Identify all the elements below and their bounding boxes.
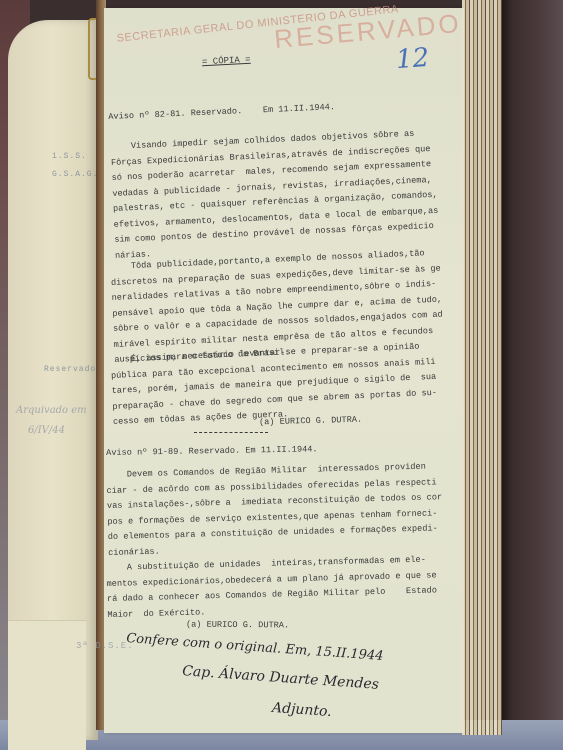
- aviso-1-signature: (a) EURICO G. DUTRA.: [259, 415, 362, 428]
- left-page-lower-sheet: [8, 620, 86, 750]
- aviso-2-signature: (a) EURICO G. DUTRA.: [186, 620, 289, 631]
- left-typed-note-2: G.S.A.G.: [52, 170, 98, 179]
- certification-line-1: Confere com o original. Em, 15.II.1944: [126, 631, 384, 664]
- separator-line: [194, 432, 268, 433]
- left-typed-note-1: 1.S.S.: [52, 152, 87, 161]
- certification-line-2: Cap. Álvaro Duarte Mendes: [182, 663, 380, 693]
- copy-title: = CÓPIA =: [202, 55, 251, 68]
- page-stack-edges: [462, 0, 502, 735]
- copy-title-text: = CÓPIA =: [202, 55, 251, 68]
- aviso-1-paragraph-1: Visando impedir sejam colhidos dados obj…: [110, 125, 455, 264]
- page-number: 12: [395, 43, 430, 75]
- background-table-right: [500, 0, 563, 750]
- aviso-2-heading: Aviso nº 91-89. Reservado. Em 11.II.1944…: [106, 440, 446, 461]
- left-handwritten-note-1: Arquivado em: [16, 405, 87, 416]
- certification-line-3: Adjunto.: [272, 700, 333, 720]
- left-faint-note: Reservado: [44, 365, 96, 374]
- aviso-2-paragraph-2: A substituição de unidades inteiras,tran…: [106, 552, 448, 623]
- aviso-2-paragraph-1: Devem os Comandos de Região Militar inte…: [106, 459, 448, 561]
- left-page: 1.S.S. G.S.A.G. Reservado Arquivado em 6…: [8, 20, 98, 740]
- document-page: SECRETARIA GERAL DO MINISTERIO DA GUERRA…: [104, 8, 464, 733]
- left-handwritten-note-2: 6/IV/44: [28, 425, 65, 436]
- aviso-1-heading: Aviso nº 82-81. Reservado. Em 11.II.1944…: [108, 95, 448, 125]
